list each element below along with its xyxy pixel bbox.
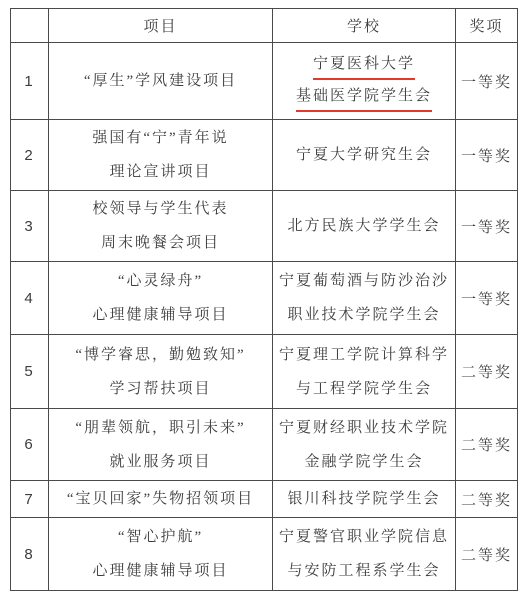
school-line-underlined: 宁夏医科大学	[313, 51, 415, 80]
table-row: 6 “朋辈领航，职引未来” 就业服务项目 宁夏财经职业技术学院 金融学院学生会 …	[11, 409, 518, 481]
project-cell: 校领导与学生代表 周末晚餐会项目	[49, 191, 273, 262]
project-cell: “宝贝回家”失物招领项目	[49, 481, 273, 518]
school-line-underlined: 基础医学院学生会	[296, 83, 432, 112]
project-line: “博学睿思，勤勉致知”	[51, 338, 270, 372]
project-line: “朋辈领航，职引未来”	[51, 411, 270, 445]
header-school: 学校	[273, 9, 456, 43]
awards-table: 项目 学校 奖项 1 “厚生”学风建设项目 宁夏医科大学 基础医学院学生会 一等…	[10, 8, 518, 591]
school-line: 职业技术学院学生会	[275, 298, 453, 332]
school-line: 宁夏葡萄酒与防沙治沙	[275, 264, 453, 298]
project-line: 就业服务项目	[51, 445, 270, 479]
school-line: 宁夏财经职业技术学院	[275, 411, 453, 445]
award-cell: 一等奖	[456, 262, 518, 335]
award-cell: 一等奖	[456, 191, 518, 262]
school-cell: 宁夏理工学院计算科学 与工程学院学生会	[273, 335, 456, 409]
table-row: 8 “智心护航” 心理健康辅导项目 宁夏警官职业学院信息 与安防工程系学生会 二…	[11, 518, 518, 591]
project-line: 心理健康辅导项目	[51, 298, 270, 332]
school-line: 与工程学院学生会	[275, 372, 453, 406]
row-index: 5	[11, 335, 49, 409]
table-row: 1 “厚生”学风建设项目 宁夏医科大学 基础医学院学生会 一等奖	[11, 43, 518, 120]
project-cell: 强国有“宁”青年说 理论宣讲项目	[49, 120, 273, 191]
project-line: “厚生”学风建设项目	[51, 64, 270, 98]
table-row: 7 “宝贝回家”失物招领项目 银川科技学院学生会 二等奖	[11, 481, 518, 518]
project-cell: “朋辈领航，职引未来” 就业服务项目	[49, 409, 273, 481]
school-line: 北方民族大学学生会	[275, 209, 453, 243]
row-index: 2	[11, 120, 49, 191]
row-index: 7	[11, 481, 49, 518]
school-line: 银川科技学院学生会	[275, 482, 453, 516]
school-cell: 宁夏大学研究生会	[273, 120, 456, 191]
award-cell: 一等奖	[456, 43, 518, 120]
school-cell: 宁夏医科大学 基础医学院学生会	[273, 43, 456, 120]
row-index: 3	[11, 191, 49, 262]
project-line: 校领导与学生代表	[51, 192, 270, 226]
school-line: 宁夏理工学院计算科学	[275, 338, 453, 372]
project-line: “心灵绿舟”	[51, 264, 270, 298]
header-project: 项目	[49, 9, 273, 43]
project-line: 心理健康辅导项目	[51, 554, 270, 588]
row-index: 6	[11, 409, 49, 481]
award-cell: 二等奖	[456, 335, 518, 409]
school-cell: 宁夏警官职业学院信息 与安防工程系学生会	[273, 518, 456, 591]
document-page: 项目 学校 奖项 1 “厚生”学风建设项目 宁夏医科大学 基础医学院学生会 一等…	[0, 0, 527, 598]
school-cell: 宁夏财经职业技术学院 金融学院学生会	[273, 409, 456, 481]
project-line: 周末晚餐会项目	[51, 226, 270, 260]
project-line: “宝贝回家”失物招领项目	[51, 482, 270, 516]
header-award: 奖项	[456, 9, 518, 43]
project-line: 学习帮扶项目	[51, 372, 270, 406]
school-line: 与安防工程系学生会	[275, 554, 453, 588]
project-cell: “厚生”学风建设项目	[49, 43, 273, 120]
school-line: 宁夏警官职业学院信息	[275, 520, 453, 554]
school-cell: 北方民族大学学生会	[273, 191, 456, 262]
award-cell: 二等奖	[456, 481, 518, 518]
project-line: 强国有“宁”青年说	[51, 121, 270, 155]
project-line: 理论宣讲项目	[51, 155, 270, 189]
project-line: “智心护航”	[51, 520, 270, 554]
row-index: 8	[11, 518, 49, 591]
header-no	[11, 9, 49, 43]
project-cell: “智心护航” 心理健康辅导项目	[49, 518, 273, 591]
project-cell: “博学睿思，勤勉致知” 学习帮扶项目	[49, 335, 273, 409]
header-row: 项目 学校 奖项	[11, 9, 518, 43]
table-row: 5 “博学睿思，勤勉致知” 学习帮扶项目 宁夏理工学院计算科学 与工程学院学生会…	[11, 335, 518, 409]
school-cell: 宁夏葡萄酒与防沙治沙 职业技术学院学生会	[273, 262, 456, 335]
row-index: 4	[11, 262, 49, 335]
award-cell: 二等奖	[456, 518, 518, 591]
table-row: 3 校领导与学生代表 周末晚餐会项目 北方民族大学学生会 一等奖	[11, 191, 518, 262]
school-line: 金融学院学生会	[275, 445, 453, 479]
award-cell: 一等奖	[456, 120, 518, 191]
project-cell: “心灵绿舟” 心理健康辅导项目	[49, 262, 273, 335]
school-line: 宁夏大学研究生会	[275, 138, 453, 172]
table-row: 2 强国有“宁”青年说 理论宣讲项目 宁夏大学研究生会 一等奖	[11, 120, 518, 191]
award-cell: 二等奖	[456, 409, 518, 481]
school-cell: 银川科技学院学生会	[273, 481, 456, 518]
table-row: 4 “心灵绿舟” 心理健康辅导项目 宁夏葡萄酒与防沙治沙 职业技术学院学生会 一…	[11, 262, 518, 335]
row-index: 1	[11, 43, 49, 120]
